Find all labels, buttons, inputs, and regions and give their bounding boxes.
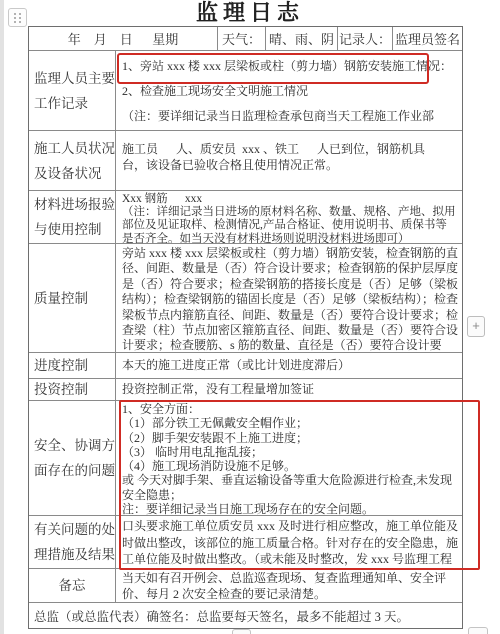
row-label: 质量控制 [29,244,116,352]
supervision-log-table: 年 月 日 星期 天气： 晴、雨、阴 记录人： 监理员签名 监理人员主要 工作记… [28,26,463,629]
row-content: 当天如有召开例会、总监巡查现场、复查监理通知单、安全评价、每月 2 次安全检查的… [116,569,462,602]
row-content: 投资控制正常，没有工程量增加签证 [116,379,462,400]
add-button[interactable]: + [467,316,485,337]
row-label: 施工人员状况 及设备状况 [29,131,116,190]
row-content: 旁站 xxx 楼 xxx 层梁板或柱（剪力墙）钢筋安装，检查钢筋的直径、间距、数… [116,244,462,352]
row-memo: 备忘 当天如有召开例会、总监巡查现场、复查监理通知单、安全评价、每月 2 次安全… [29,569,462,603]
row-investment-control: 投资控制 投资控制正常，没有工程量增加签证 [29,379,462,401]
row-content: 口头要求施工单位质安员 xxx 及时进行相应整改，施工单位能及时做出整改，该部位… [116,516,462,568]
row-measures-results: 有关问题的处 理措施及结果 口头要求施工单位质安员 xxx 及时进行相应整改，施… [29,516,462,569]
row-label: 投资控制 [29,379,116,400]
weather-options-cell: 晴、雨、阴 [266,27,338,50]
row-personnel-equipment: 施工人员状况 及设备状况 施工员 人、质安员 xxx 、铁工 人已到位，钢筋机具… [29,131,462,191]
row-content: 本天的施工进度正常（或比计划进度滞后） [116,353,462,378]
page-left-edge [0,0,4,634]
chief-signature-cell: 总监（或总监代表）确签名：总监要每天签名，最多不能超过 3 天。 [29,603,462,628]
row-label: 有关问题的处 理措施及结果 [29,516,116,568]
row-label: 备忘 [29,569,116,602]
row-label: 进度控制 [29,353,116,378]
row-progress-control: 进度控制 本天的施工进度正常（或比计划进度滞后） [29,353,462,379]
partial-button-bottom-center[interactable] [232,629,251,634]
row-content: 施工员 人、质安员 xxx 、铁工 人已到位，钢筋机具 台，该设备已验收合格且使… [116,131,462,190]
weather-label-cell: 天气： [218,27,266,50]
row-content: 1、安全方面： （1）部分铁工无佩戴安全帽作业； （2）脚手架安装跟不上施工进度… [116,401,462,515]
row-materials-inspection: 材料进场报验 与使用控制 Xxx 钢筋 xxx （注：详细记录当日进场的原材料名… [29,191,462,244]
row-label: 监理人员主要 工作记录 [29,51,116,130]
table-header-row: 年 月 日 星期 天气： 晴、雨、阴 记录人： 监理员签名 [29,27,462,51]
recorder-signature-cell: 监理员签名 [393,27,462,50]
partial-button-bottom-right[interactable] [468,627,488,634]
page-title: 监理日志 [0,0,500,26]
recorder-label-cell: 记录人： [338,27,393,50]
row-supervisor-record: 监理人员主要 工作记录 1、旁站 xxx 楼 xxx 层梁板或柱（剪力墙）钢筋安… [29,51,462,131]
row-chief-signature: 总监（或总监代表）确签名：总监要每天签名，最多不能超过 3 天。 [29,603,462,628]
row-label: 材料进场报验 与使用控制 [29,191,116,243]
row-content: Xxx 钢筋 xxx （注：详细记录当日进场的原材料名称、数量、规格、产地、拟用… [116,191,462,243]
row-safety-coordination: 安全、协调方 面存在的问题 1、安全方面： （1）部分铁工无佩戴安全帽作业； （… [29,401,462,516]
row-quality-control: 质量控制 旁站 xxx 楼 xxx 层梁板或柱（剪力墙）钢筋安装，检查钢筋的直径… [29,244,462,353]
row-label: 安全、协调方 面存在的问题 [29,401,116,515]
row-content: 1、旁站 xxx 楼 xxx 层梁板或柱（剪力墙）钢筋安装施工情况： 2、检查施… [116,51,462,130]
date-cell: 年 月 日 星期 [29,27,218,50]
